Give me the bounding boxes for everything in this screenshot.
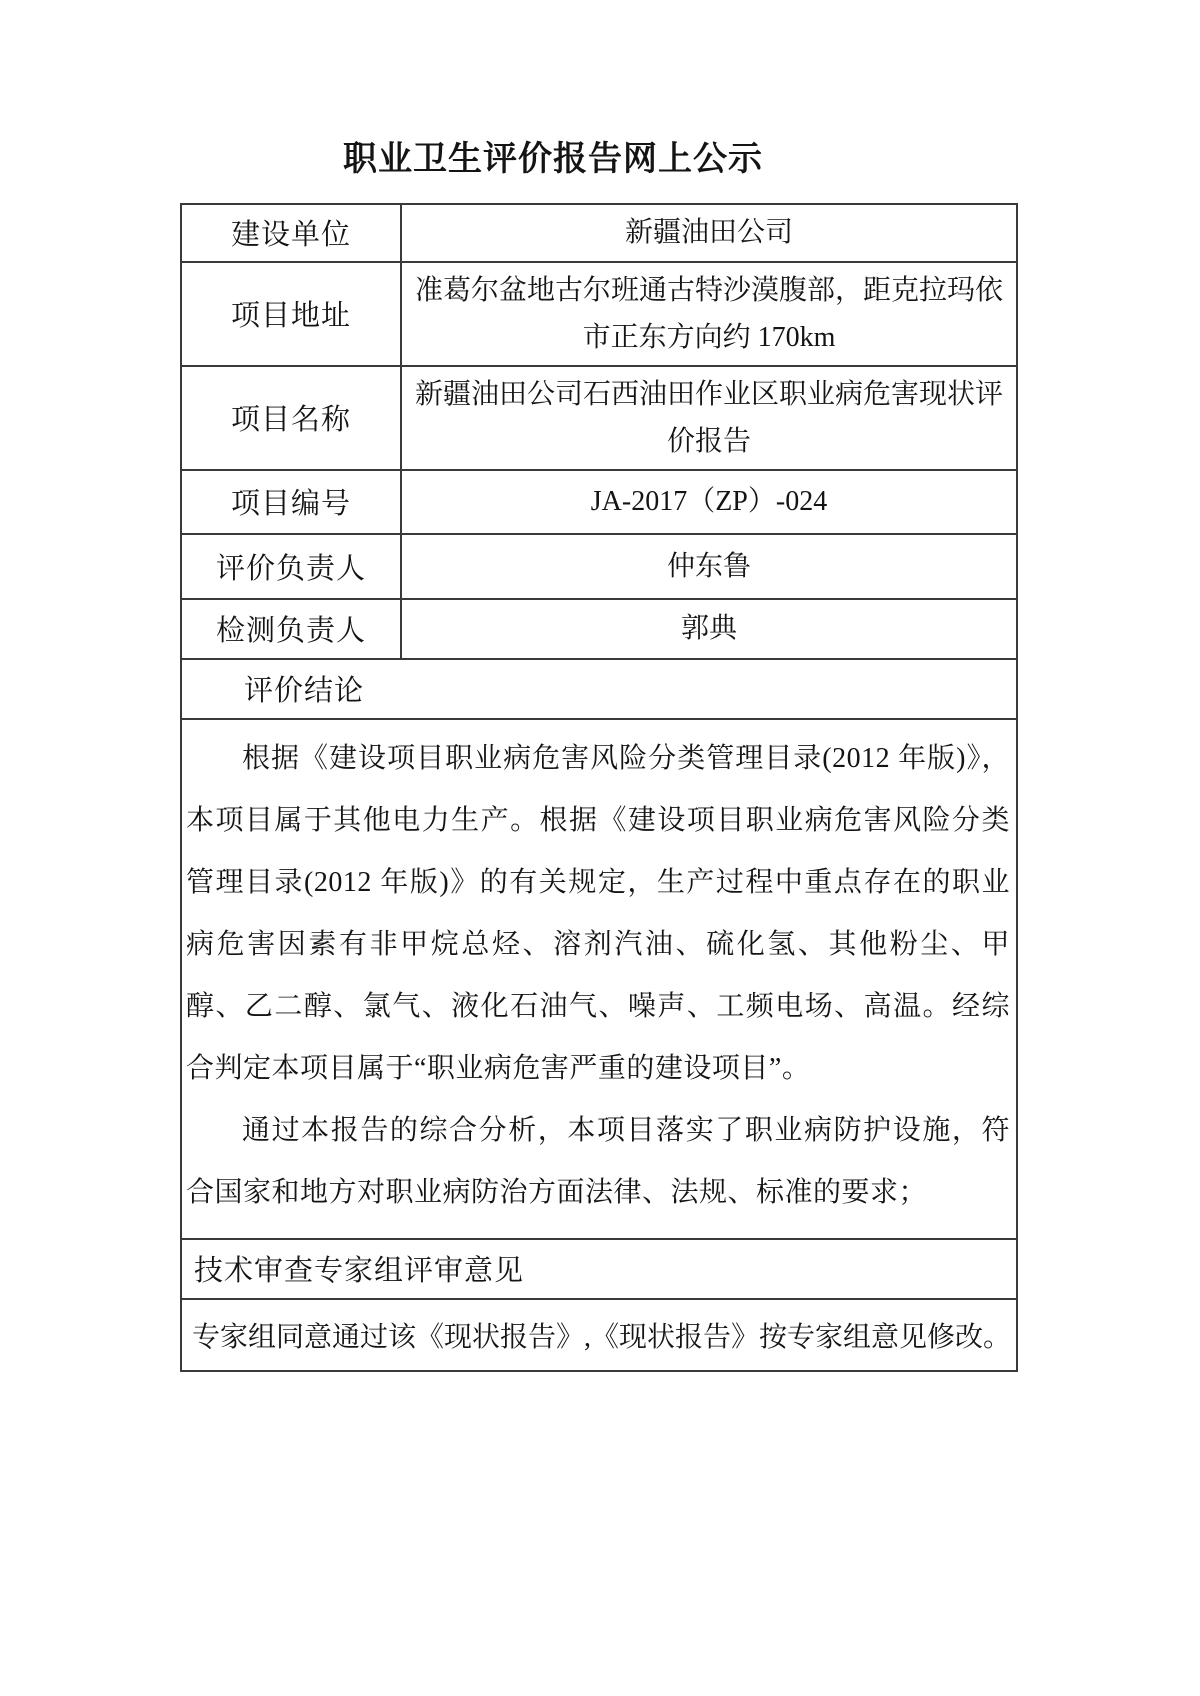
row-evaluation-lead: 评价负责人 仲东鲁 — [182, 535, 1016, 600]
field-label: 检测负责人 — [182, 600, 402, 658]
page-title: 职业卫生评价报告网上公示 — [134, 140, 972, 181]
review-comment-text: 专家组同意通过该《现状报告》,《现状报告》按专家组意见修改。 — [182, 1300, 1016, 1370]
row-project-name: 项目名称 新疆油田公司石西油田作业区职业病危害现状评价报告 — [182, 367, 1016, 471]
row-testing-lead: 检测负责人 郭典 — [182, 600, 1016, 660]
row-construction-unit: 建设单位 新疆油田公司 — [182, 205, 1016, 263]
conclusion-text: 根据《建设项目职业病危害风险分类管理目录(2012 年版)》，本项目属于其他电力… — [182, 720, 1016, 1238]
field-label: 评价负责人 — [182, 535, 402, 598]
field-label: 建设单位 — [182, 205, 402, 261]
row-review-header: 技术审查专家组评审意见 — [182, 1240, 1016, 1300]
field-label: 项目名称 — [182, 367, 402, 469]
conclusion-header-label: 评价结论 — [182, 660, 1016, 718]
field-value: JA-2017（ZP）-024 — [402, 471, 1016, 533]
field-value: 仲东鲁 — [402, 535, 1016, 598]
field-value: 准葛尔盆地古尔班通古特沙漠腹部，距克拉玛依市正东方向约 170km — [402, 263, 1016, 365]
report-table: 建设单位 新疆油田公司 项目地址 准葛尔盆地古尔班通古特沙漠腹部，距克拉玛依市正… — [180, 203, 1018, 1372]
field-value: 新疆油田公司石西油田作业区职业病危害现状评价报告 — [402, 367, 1016, 469]
row-conclusion-header: 评价结论 — [182, 660, 1016, 720]
field-label: 项目地址 — [182, 263, 402, 365]
conclusion-paragraph-1: 根据《建设项目职业病危害风险分类管理目录(2012 年版)》，本项目属于其他电力… — [186, 728, 1010, 1100]
field-value: 郭典 — [402, 600, 1016, 658]
row-project-number: 项目编号 JA-2017（ZP）-024 — [182, 471, 1016, 535]
field-value: 新疆油田公司 — [402, 205, 1016, 261]
row-review-comment: 专家组同意通过该《现状报告》,《现状报告》按专家组意见修改。 — [182, 1300, 1016, 1370]
row-project-address: 项目地址 准葛尔盆地古尔班通古特沙漠腹部，距克拉玛依市正东方向约 170km — [182, 263, 1016, 367]
field-label: 项目编号 — [182, 471, 402, 533]
conclusion-paragraph-2: 通过本报告的综合分析，本项目落实了职业病防护设施，符合国家和地方对职业病防治方面… — [186, 1100, 1010, 1224]
review-header-label: 技术审查专家组评审意见 — [182, 1240, 1016, 1298]
row-conclusion-body: 根据《建设项目职业病危害风险分类管理目录(2012 年版)》，本项目属于其他电力… — [182, 720, 1016, 1240]
